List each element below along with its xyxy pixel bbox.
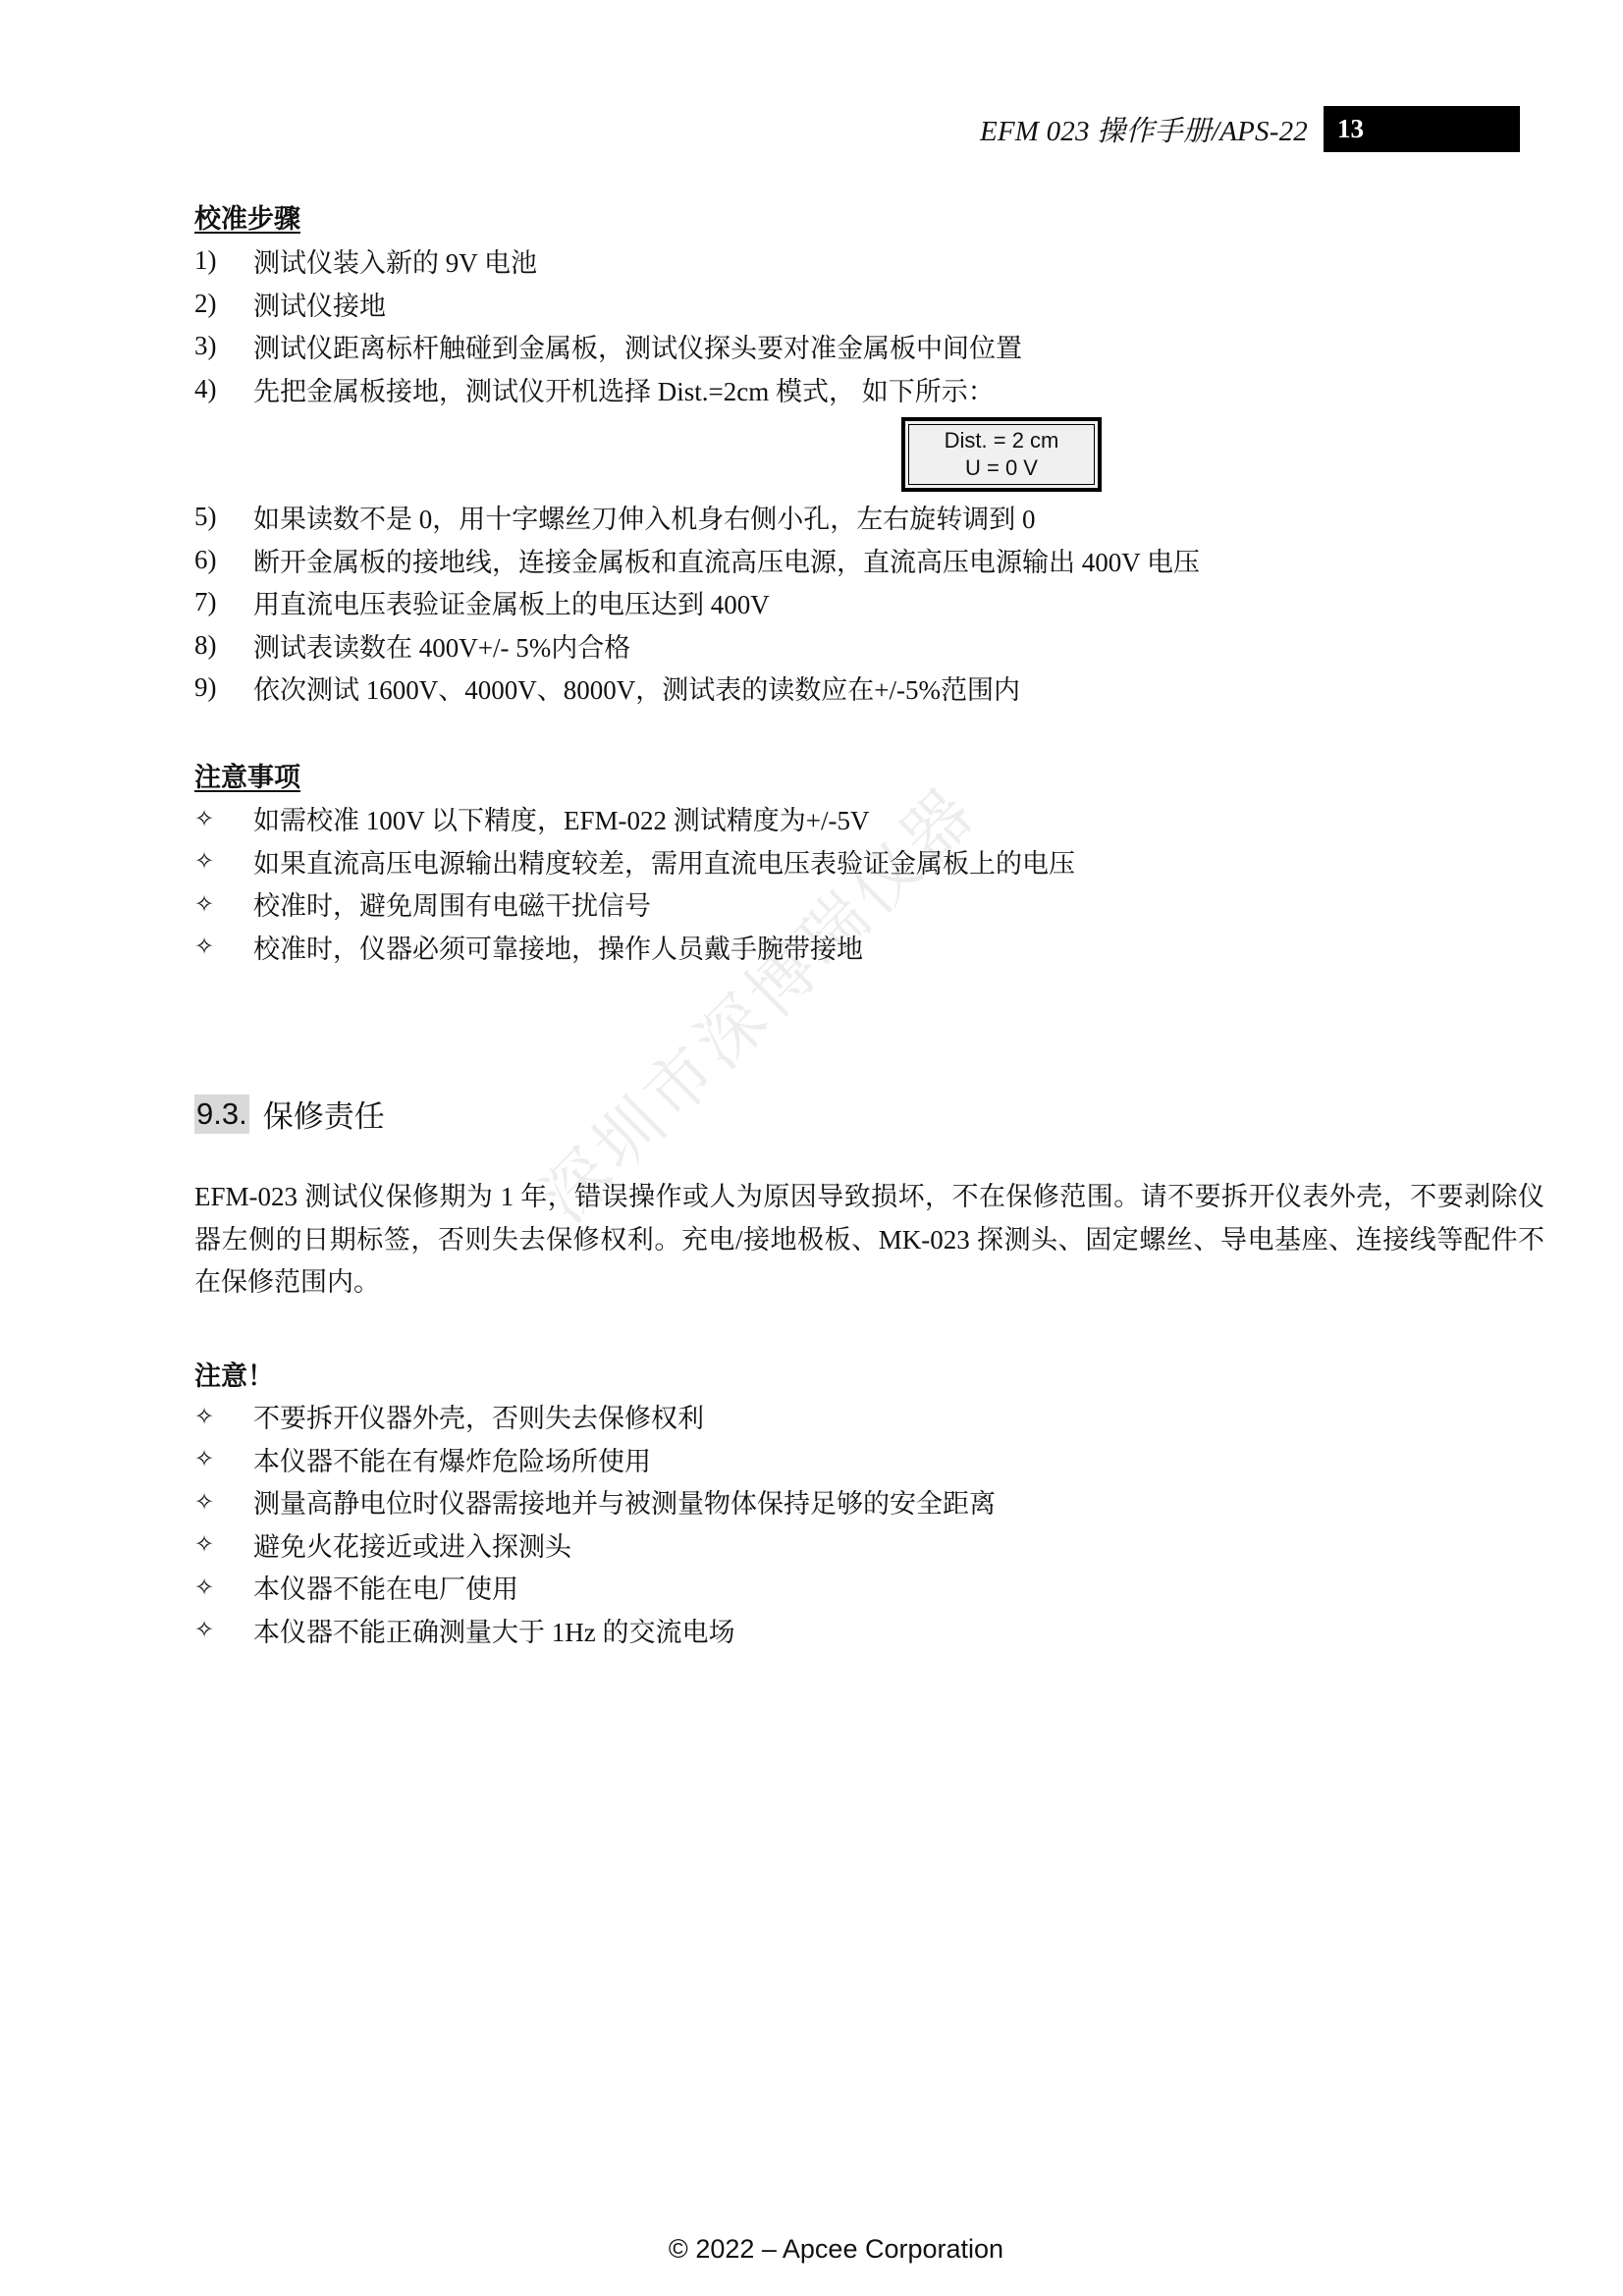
list-item: 2)测试仪接地 <box>194 283 1022 326</box>
diamond-bullet-icon: ✧ <box>194 1403 253 1430</box>
list-item: 4)先把金属板接地，测试仪开机选择 Dist.=2cm 模式， 如下所示： <box>194 368 1022 411</box>
list-item: ✧测量高静电位时仪器需接地并与被测量物体保持足够的安全距离 <box>194 1480 996 1523</box>
display-line-distance: Dist. = 2 cm <box>945 427 1059 454</box>
section-number: 9.3. <box>194 1095 249 1134</box>
list-item: ✧本仪器不能正确测量大于 1Hz 的交流电场 <box>194 1609 996 1652</box>
diamond-bullet-icon: ✧ <box>194 847 253 875</box>
list-item-text: 如果读数不是 0，用十字螺丝刀伸入机身右侧小孔，左右旋转调到 0 <box>253 498 1036 536</box>
calibration-steps-list-continued: 5)如果读数不是 0，用十字螺丝刀伸入机身右侧小孔，左右旋转调到 0 6)断开金… <box>194 496 1200 710</box>
list-item: 9)依次测试 1600V、4000V、8000V，测试表的读数应在+/-5%范围… <box>194 667 1200 710</box>
list-marker: 5) <box>194 502 253 532</box>
list-item-text: 本仪器不能在有爆炸危险场所使用 <box>253 1440 651 1478</box>
list-marker: 4) <box>194 374 253 404</box>
diamond-bullet-icon: ✧ <box>194 890 253 918</box>
list-item-text: 测试仪距离标杆触碰到金属板，测试仪探头要对准金属板中间位置 <box>253 327 1022 365</box>
diamond-bullet-icon: ✧ <box>194 933 253 960</box>
list-item: 6)断开金属板的接地线，连接金属板和直流高压电源，直流高压电源输出 400V 电… <box>194 539 1200 582</box>
list-marker: 9) <box>194 672 253 703</box>
calibration-steps-list: 1)测试仪装入新的 9V 电池 2)测试仪接地 3)测试仪距离标杆触碰到金属板，… <box>194 240 1022 410</box>
page-footer: © 2022 – Apcee Corporation <box>0 2234 1623 2265</box>
list-marker: 3) <box>194 331 253 361</box>
list-marker: 1) <box>194 245 253 276</box>
warranty-paragraph: EFM-023 测试仪保修期为 1 年，错误操作或人为原因导致损坏，不在保修范围… <box>194 1176 1544 1305</box>
list-item-text: 测量高静电位时仪器需接地并与被测量物体保持足够的安全距离 <box>253 1482 996 1521</box>
running-header: EFM 023 操作手册/APS-22 13 <box>980 106 1520 152</box>
list-item: ✧校准时，避免周围有电磁干扰信号 <box>194 882 1075 926</box>
list-item: ✧如果直流高压电源输出精度较差，需用直流电压表验证金属板上的电压 <box>194 840 1075 883</box>
lcd-display-example: Dist. = 2 cm U = 0 V <box>901 417 1102 492</box>
document-page: 深圳市深博瑞仪器 EFM 023 操作手册/APS-22 13 校准步骤 1)测… <box>0 0 1623 2296</box>
list-item: ✧本仪器不能在有爆炸危险场所使用 <box>194 1438 996 1481</box>
section-title: 保修责任 <box>263 1092 385 1136</box>
list-item: ✧如需校准 100V 以下精度，EFM-022 测试精度为+/-5V <box>194 797 1075 840</box>
list-item-text: 不要拆开仪器外壳，否则失去保修权利 <box>253 1397 704 1435</box>
diamond-bullet-icon: ✧ <box>194 1616 253 1643</box>
list-marker: 7) <box>194 587 253 617</box>
diamond-bullet-icon: ✧ <box>194 1445 253 1472</box>
list-item-text: 先把金属板接地，测试仪开机选择 Dist.=2cm 模式， 如下所示： <box>253 370 995 408</box>
header-title: EFM 023 操作手册/APS-22 <box>980 109 1308 149</box>
list-item: ✧本仪器不能在电厂使用 <box>194 1566 996 1609</box>
list-item-text: 断开金属板的接地线，连接金属板和直流高压电源，直流高压电源输出 400V 电压 <box>253 541 1200 579</box>
notes-heading: 注意事项 <box>194 756 300 794</box>
list-item-text: 本仪器不能在电厂使用 <box>253 1568 518 1606</box>
list-marker: 2) <box>194 289 253 319</box>
list-item-text: 如需校准 100V 以下精度，EFM-022 测试精度为+/-5V <box>253 799 870 837</box>
list-marker: 6) <box>194 545 253 575</box>
warnings-heading: 注意！ <box>194 1355 274 1393</box>
list-item-text: 测试仪接地 <box>253 285 386 323</box>
list-item-text: 避免火花接近或进入探测头 <box>253 1525 571 1564</box>
list-item: 5)如果读数不是 0，用十字螺丝刀伸入机身右侧小孔，左右旋转调到 0 <box>194 496 1200 539</box>
page-number: 13 <box>1337 114 1364 144</box>
list-item: ✧不要拆开仪器外壳，否则失去保修权利 <box>194 1395 996 1438</box>
list-item-text: 依次测试 1600V、4000V、8000V，测试表的读数应在+/-5%范围内 <box>253 668 1020 707</box>
list-item: 3)测试仪距离标杆触碰到金属板，测试仪探头要对准金属板中间位置 <box>194 325 1022 368</box>
diamond-bullet-icon: ✧ <box>194 1488 253 1516</box>
list-item-text: 校准时，避免周围有电磁干扰信号 <box>253 884 651 923</box>
diamond-bullet-icon: ✧ <box>194 1574 253 1601</box>
diamond-bullet-icon: ✧ <box>194 1530 253 1558</box>
list-item-text: 测试表读数在 400V+/- 5%内合格 <box>253 626 630 665</box>
list-item-text: 校准时，仪器必须可靠接地，操作人员戴手腕带接地 <box>253 928 863 966</box>
list-item-text: 本仪器不能正确测量大于 1Hz 的交流电场 <box>253 1611 734 1649</box>
calibration-steps-heading: 校准步骤 <box>194 197 300 236</box>
display-line-voltage: U = 0 V <box>965 454 1038 482</box>
list-item-text: 用直流电压表验证金属板上的电压达到 400V <box>253 583 770 621</box>
list-item: ✧校准时，仪器必须可靠接地，操作人员戴手腕带接地 <box>194 926 1075 969</box>
notes-list: ✧如需校准 100V 以下精度，EFM-022 测试精度为+/-5V ✧如果直流… <box>194 797 1075 968</box>
section-heading: 9.3. 保修责任 <box>194 1092 385 1136</box>
list-item: 7)用直流电压表验证金属板上的电压达到 400V <box>194 581 1200 624</box>
list-marker: 8) <box>194 630 253 661</box>
warnings-list: ✧不要拆开仪器外壳，否则失去保修权利 ✧本仪器不能在有爆炸危险场所使用 ✧测量高… <box>194 1395 996 1651</box>
list-item-text: 如果直流高压电源输出精度较差，需用直流电压表验证金属板上的电压 <box>253 842 1075 881</box>
diamond-bullet-icon: ✧ <box>194 805 253 832</box>
list-item: 8)测试表读数在 400V+/- 5%内合格 <box>194 624 1200 667</box>
list-item: ✧避免火花接近或进入探测头 <box>194 1523 996 1567</box>
list-item-text: 测试仪装入新的 9V 电池 <box>253 241 537 280</box>
list-item: 1)测试仪装入新的 9V 电池 <box>194 240 1022 283</box>
page-number-box: 13 <box>1324 106 1520 152</box>
